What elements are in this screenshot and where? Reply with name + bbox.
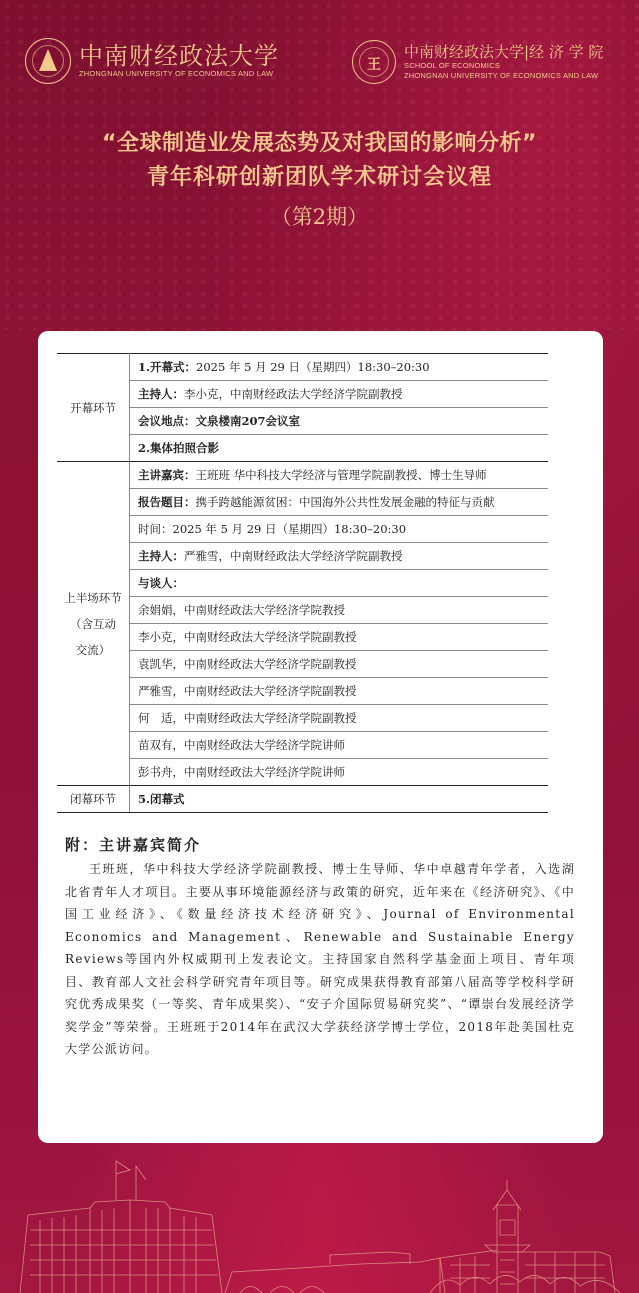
school-name-en-line1: SCHOOL OF ECONOMICS — [404, 61, 603, 71]
table-row: 2.集体拍照合影 — [57, 435, 548, 462]
speaker-bio: 附：主讲嘉宾简介 王班班，华中科技大学经济学院副教授、博士生导师、华中卓越青年学… — [65, 834, 575, 1061]
university-name-en: ZHONGNAN UNIVERSITY OF ECONOMICS AND LAW — [79, 69, 279, 79]
table-row: 上半场环节 （含互动 交流） 主讲嘉宾：王班班 华中科技大学经济与管理学院副教授… — [57, 462, 548, 489]
table-row: 主持人：李小克，中南财经政法大学经济学院副教授 — [57, 381, 548, 408]
table-row: 报告题目：携手跨越能源贫困：中国海外公共性发展金融的特征与贡献 — [57, 489, 548, 516]
university-name-cn: 中南财经政法大学 — [79, 43, 279, 69]
table-row: 彭书舟，中南财经政法大学经济学院讲师 — [57, 759, 548, 786]
bio-title: 附：主讲嘉宾简介 — [65, 834, 575, 856]
section-label-closing: 闭幕环节 — [57, 786, 130, 813]
section-label-opening: 开幕环节 — [57, 354, 130, 462]
agenda-cell: 主持人：李小克，中南财经政法大学经济学院副教授 — [130, 381, 549, 408]
agenda-cell: 李小克，中南财经政法大学经济学院副教授 — [130, 624, 549, 651]
agenda-cell: 2.集体拍照合影 — [130, 435, 549, 462]
agenda-cell: 袁凯华，中南财经政法大学经济学院副教授 — [130, 651, 549, 678]
agenda-cell: 何 适，中南财经政法大学经济学院副教授 — [130, 705, 549, 732]
title-event: 青年科研创新团队学术研讨会议程 — [0, 160, 639, 196]
table-row: 主持人：严雅雪，中南财经政法大学经济学院副教授 — [57, 543, 548, 570]
agenda-cell: 时间：2025 年 5 月 29 日（星期四）18:30–20:30 — [130, 516, 549, 543]
table-row: 严雅雪，中南财经政法大学经济学院副教授 — [57, 678, 548, 705]
table-row: 与谈人： — [57, 570, 548, 597]
agenda-cell: 主讲嘉宾：王班班 华中科技大学经济与管理学院副教授、博士生导师 — [130, 462, 549, 489]
table-row: 余娟娟，中南财经政法大学经济学院教授 — [57, 597, 548, 624]
university-logo: 中南财经政法大学 ZHONGNAN UNIVERSITY OF ECONOMIC… — [25, 38, 279, 84]
agenda-cell: 主持人：严雅雪，中南财经政法大学经济学院副教授 — [130, 543, 549, 570]
agenda-cell: 会议地点：文泉楼南207会议室 — [130, 408, 549, 435]
header: 中南财经政法大学 ZHONGNAN UNIVERSITY OF ECONOMIC… — [0, 0, 639, 110]
university-seal-icon — [25, 38, 71, 84]
title-topic: “全球制造业发展态势及对我国的影响分析” — [0, 128, 639, 160]
table-row: 苗双有，中南财经政法大学经济学院讲师 — [57, 732, 548, 759]
agenda-cell: 余娟娟，中南财经政法大学经济学院教授 — [130, 597, 549, 624]
bio-body: 王班班，华中科技大学经济学院副教授、博士生导师、华中卓越青年学者，入选湖北省青年… — [65, 858, 575, 1061]
agenda-cell: 5.闭幕式 — [130, 786, 549, 813]
table-row: 袁凯华，中南财经政法大学经济学院副教授 — [57, 651, 548, 678]
table-row: 何 适，中南财经政法大学经济学院副教授 — [57, 705, 548, 732]
school-name-en-line2: ZHONGNAN UNIVERSITY OF ECONOMICS AND LAW — [404, 71, 603, 81]
agenda-cell: 苗双有，中南财经政法大学经济学院讲师 — [130, 732, 549, 759]
agenda-cell: 与谈人： — [130, 570, 549, 597]
table-row: 会议地点：文泉楼南207会议室 — [57, 408, 548, 435]
title-issue: （第2期） — [0, 198, 639, 236]
table-row: 闭幕环节 5.闭幕式 — [57, 786, 548, 813]
campus-skyline-illustration — [0, 1160, 639, 1293]
agenda-cell: 1.开幕式：2025 年 5 月 29 日（星期四）18:30–20:30 — [130, 354, 549, 381]
page-title: “全球制造业发展态势及对我国的影响分析” 青年科研创新团队学术研讨会议程 （第2… — [0, 128, 639, 236]
school-logo: 王 中南财经政法大学|经 济 学 院 SCHOOL OF ECONOMICS Z… — [352, 40, 603, 84]
agenda-card: 开幕环节 1.开幕式：2025 年 5 月 29 日（星期四）18:30–20:… — [38, 331, 603, 1143]
agenda-cell: 报告题目：携手跨越能源贫困：中国海外公共性发展金融的特征与贡献 — [130, 489, 549, 516]
table-row: 开幕环节 1.开幕式：2025 年 5 月 29 日（星期四）18:30–20:… — [57, 354, 548, 381]
section-label-first-half: 上半场环节 （含互动 交流） — [57, 462, 130, 786]
table-row: 李小克，中南财经政法大学经济学院副教授 — [57, 624, 548, 651]
agenda-table: 开幕环节 1.开幕式：2025 年 5 月 29 日（星期四）18:30–20:… — [57, 353, 548, 813]
table-row: 时间：2025 年 5 月 29 日（星期四）18:30–20:30 — [57, 516, 548, 543]
school-name-cn: 中南财经政法大学|经 济 学 院 — [404, 43, 603, 61]
agenda-cell: 彭书舟，中南财经政法大学经济学院讲师 — [130, 759, 549, 786]
school-seal-icon: 王 — [352, 40, 396, 84]
agenda-cell: 严雅雪，中南财经政法大学经济学院副教授 — [130, 678, 549, 705]
